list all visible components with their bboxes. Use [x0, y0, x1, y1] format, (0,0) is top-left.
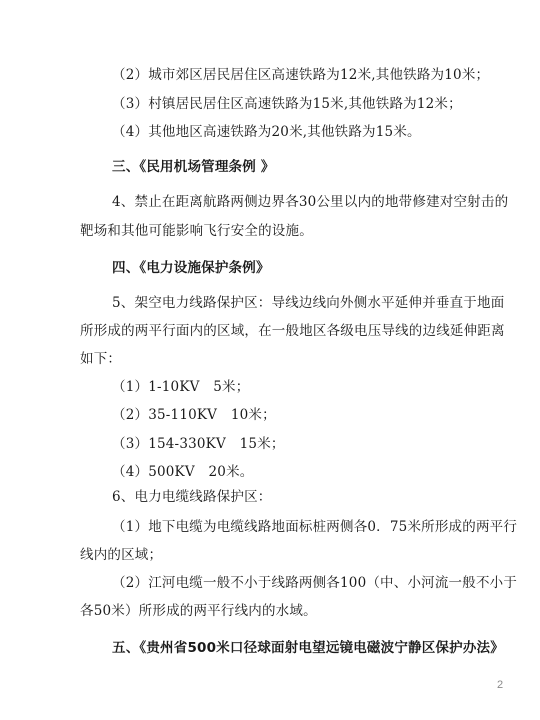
paragraph-line: 所形成的两平行面内的区域，在一般地区各级电压导线的边线延伸距离 — [80, 323, 505, 339]
paragraph-line: 线内的区域； — [80, 547, 162, 563]
paragraph-line: 如下： — [80, 351, 121, 367]
list-item-voltage-3: （3）154-330KV 15米； — [112, 436, 285, 452]
section-heading-telescope: 五、《贵州省500米口径球面射电望远镜电磁波宁静区保护办法》 — [112, 640, 504, 656]
paragraph-line: 靶场和其他可能影响飞行安全的设施。 — [80, 223, 313, 239]
list-item-urban-suburb: （2）城市郊区居民居住区高速铁路为12米,其他铁路为10米； — [112, 67, 489, 83]
section-heading-power: 四、《电力设施保护条例》 — [112, 260, 270, 276]
page-number: 2 — [497, 679, 503, 691]
list-item-village: （3）村镇居民居住区高速铁路为15米,其他铁路为12米； — [112, 96, 462, 112]
paragraph-line: （1）地下电缆为电缆线路地面标桩两侧各0．75米所形成的两平行 — [112, 519, 517, 535]
list-item-voltage-1: （1）1-10KV 5米； — [112, 379, 249, 395]
paragraph-line: 各50米）所形成的两平行线内的水域。 — [80, 603, 317, 619]
list-item-voltage-2: （2）35-110KV 10米； — [112, 407, 276, 423]
paragraph-line: （2）江河电缆一般不小于线路两侧各100（中、小河流一般不小于 — [112, 575, 517, 591]
paragraph-line: 5、架空电力线路保护区：导线边线向外侧水平延伸并垂直于地面 — [112, 295, 504, 311]
paragraph-line: 4、禁止在距离航路两侧边界各30公里以内的地带修建对空射击的 — [112, 194, 508, 210]
list-item-other-areas: （4）其他地区高速铁路为20米,其他铁路为15米。 — [112, 124, 421, 140]
section-heading-airport: 三、《民用机场管理条例 》 — [112, 159, 275, 175]
paragraph-line: 6、电力电缆线路保护区： — [112, 489, 272, 505]
list-item-voltage-4: （4）500KV 20米。 — [112, 464, 253, 480]
